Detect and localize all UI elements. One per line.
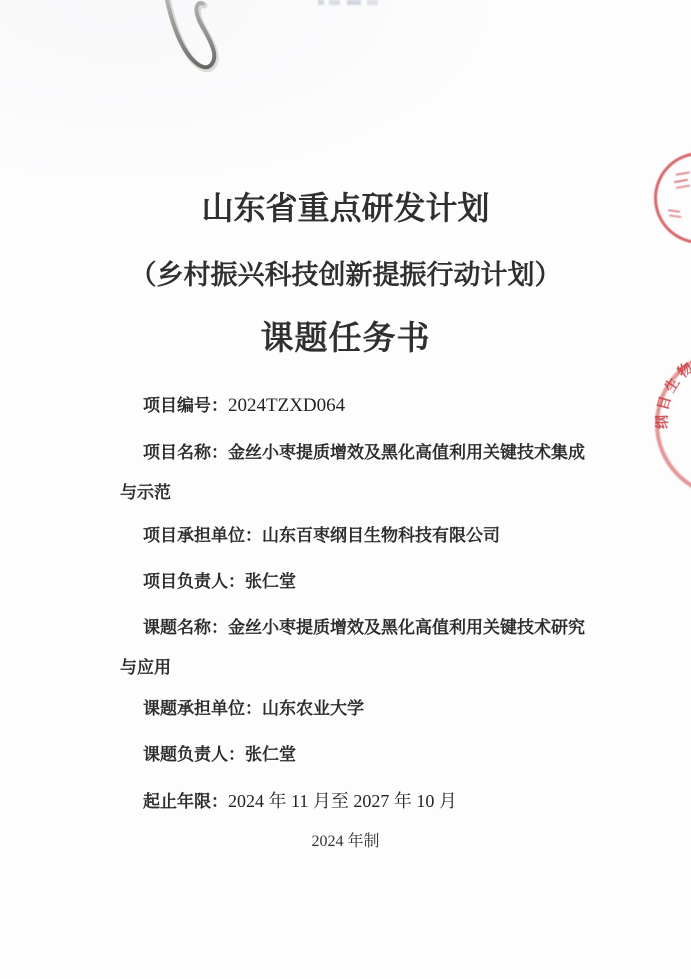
footer-year-note: 2024 年制	[0, 828, 691, 851]
field-project-name-cont: 与示范	[120, 483, 171, 503]
seal-ring-icon	[654, 152, 691, 244]
title-block: 山东省重点研发计划 （乡村振兴科技创新提振行动计划） 课题任务书	[0, 192, 691, 355]
field-value-continuation: 与应用	[120, 658, 171, 677]
red-seal-lower-partial: 纲 目 生 物 科	[648, 345, 691, 505]
field-value: 张仁堂	[245, 745, 296, 764]
field-project-leader: 项目负责人：张仁堂	[143, 572, 296, 592]
document-title-line3: 课题任务书	[0, 321, 691, 355]
scan-artifact-smudge	[318, 0, 388, 5]
field-value: 山东农业大学	[262, 699, 364, 718]
seal-char: 纲	[654, 414, 671, 431]
paperclip-icon	[140, 0, 250, 100]
field-project-number: 项目编号：2024TZXD064	[143, 396, 345, 416]
field-label: 项目名称：	[143, 443, 228, 462]
field-value: 2024 年 11 月至 2027 年 10 月	[228, 791, 457, 811]
field-topic-leader: 课题负责人：张仁堂	[143, 745, 296, 765]
field-duration: 起止年限：2024 年 11 月至 2027 年 10 月	[143, 791, 457, 812]
document-title-line2: （乡村振兴科技创新提振行动计划）	[0, 260, 691, 290]
field-label: 项目编号：	[143, 396, 228, 415]
field-topic-org: 课题承担单位：山东农业大学	[143, 699, 364, 719]
field-topic-name: 课题名称：金丝小枣提质增效及黑化高值利用关键技术研究	[143, 618, 585, 638]
field-value: 2024TZXD064	[228, 395, 345, 416]
field-project-org: 项目承担单位：山东百枣纲目生物科技有限公司	[143, 526, 500, 546]
field-label: 课题承担单位：	[143, 699, 262, 718]
field-label: 课题名称：	[143, 618, 228, 637]
field-value: 金丝小枣提质增效及黑化高值利用关键技术集成	[228, 443, 585, 462]
field-label: 起止年限：	[143, 792, 228, 811]
field-project-name: 项目名称：金丝小枣提质增效及黑化高值利用关键技术集成	[143, 443, 585, 463]
field-value: 金丝小枣提质增效及黑化高值利用关键技术研究	[228, 618, 585, 637]
document-title-line1: 山东省重点研发计划	[0, 192, 691, 224]
field-value: 山东百枣纲目生物科技有限公司	[262, 526, 500, 545]
field-label: 项目承担单位：	[143, 526, 262, 545]
field-value-continuation: 与示范	[120, 483, 171, 502]
red-seal-upper-partial	[654, 152, 691, 244]
scanned-document-page: { "doc": { "title_line1": "山东省重点研发计划", "…	[0, 0, 691, 979]
field-topic-name-cont: 与应用	[120, 658, 171, 678]
field-label: 项目负责人：	[143, 572, 245, 591]
field-label: 课题负责人：	[143, 745, 245, 764]
field-value: 张仁堂	[245, 572, 296, 591]
